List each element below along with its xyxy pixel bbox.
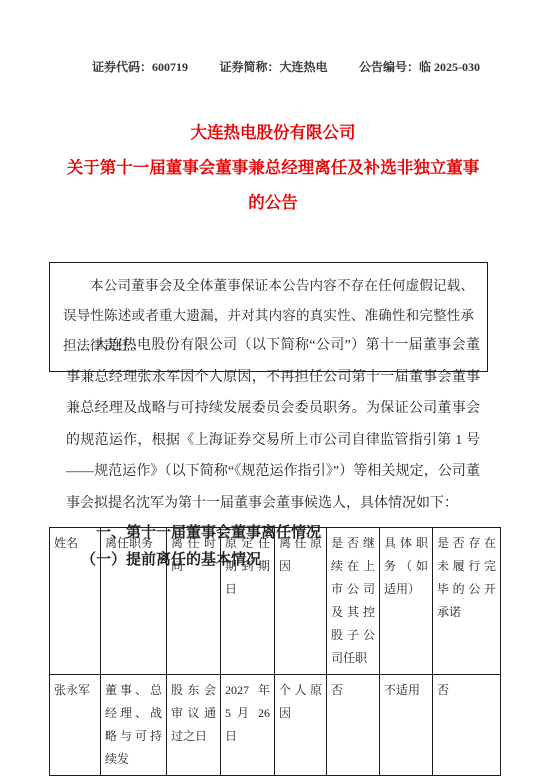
- col-header-departure-time: 离任时间: [167, 528, 221, 675]
- cell-original-term-end: 2027 年 5 月 26 日: [221, 675, 275, 776]
- col-header-unfulfilled-commitments: 是否存在未履行完毕的公开承诺: [433, 528, 501, 675]
- table-header-row: 姓名 离任职务 离任时间 原定任期到期日 离任原因 是否继续在上市公司及其控股子…: [50, 528, 501, 675]
- stock-code: 证券代码：600719: [92, 58, 188, 75]
- stock-info-line: 证券代码：600719 证券简称：大连热电 公告编号：临 2025-030: [92, 58, 480, 75]
- announcement-page: 证券代码：600719 证券简称：大连热电 公告编号：临 2025-030 大连…: [0, 0, 546, 781]
- col-header-original-term-end: 原定任期到期日: [221, 528, 275, 675]
- intro-paragraph: 大连热电股份有限公司（以下简称“公司”）第十一届董事会董事兼总经理张永军因个人原…: [66, 330, 480, 519]
- cell-continue-serving: 否: [327, 675, 380, 776]
- title-line-subject: 关于第十一届董事会董事兼总经理离任及补选非独立董事: [0, 151, 546, 186]
- table-row: 张永军 董事、总经理、战略与可持续发 股东会审议通过之日 2027 年 5 月 …: [50, 675, 501, 776]
- title-line-company: 大连热电股份有限公司: [0, 116, 546, 151]
- col-header-name: 姓名: [50, 528, 101, 675]
- announcement-title: 大连热电股份有限公司 关于第十一届董事会董事兼总经理离任及补选非独立董事 的公告: [0, 116, 546, 221]
- stock-short-name: 证券简称：大连热电: [220, 58, 328, 75]
- departure-info-table: 姓名 离任职务 离任时间 原定任期到期日 离任原因 是否继续在上市公司及其控股子…: [49, 527, 501, 776]
- cell-specific-position: 不适用: [380, 675, 433, 776]
- cell-unfulfilled-commitments: 否: [433, 675, 501, 776]
- cell-name: 张永军: [50, 675, 101, 776]
- col-header-specific-position: 具体职务（如适用）: [380, 528, 433, 675]
- cell-departing-position: 董事、总经理、战略与可持续发: [101, 675, 167, 776]
- announcement-number: 公告编号：临 2025-030: [359, 58, 480, 75]
- title-line-suffix: 的公告: [0, 186, 546, 221]
- col-header-departure-reason: 离任原因: [275, 528, 327, 675]
- col-header-departing-position: 离任职务: [101, 528, 167, 675]
- col-header-continue-serving: 是否继续在上市公司及其控股子公司任职: [327, 528, 380, 675]
- cell-departure-reason: 个人原因: [275, 675, 327, 776]
- cell-departure-time: 股东会审议通过之日: [167, 675, 221, 776]
